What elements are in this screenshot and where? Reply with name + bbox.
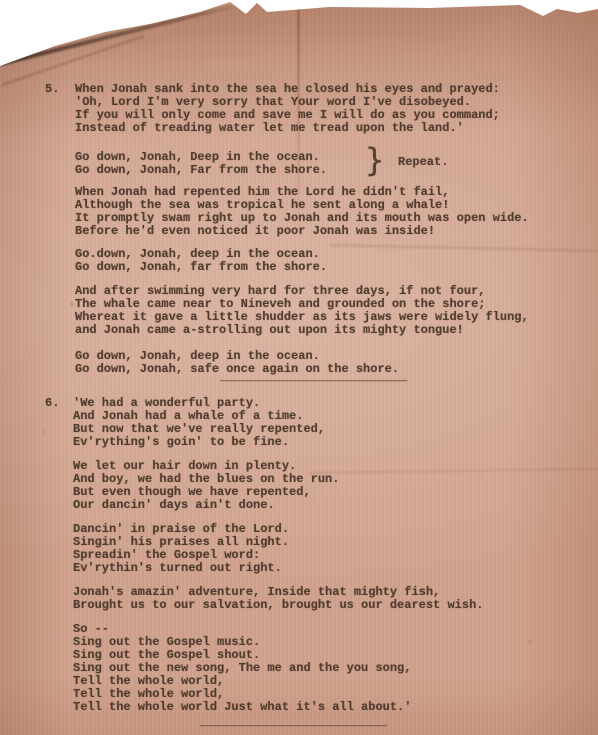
section-number: 5. xyxy=(45,83,59,96)
lyric-line: Our dancin' days ain't done. xyxy=(73,499,339,512)
stanza: And after swimming very hard for three d… xyxy=(75,285,529,337)
section-number: 6. xyxy=(45,397,59,410)
lyric-line: Ev'rythin's turned out right. xyxy=(73,562,289,575)
lyric-line: Before he'd even noticed it poor Jonah w… xyxy=(75,225,529,238)
stanza: When Jonah had repented him the Lord he … xyxy=(75,186,529,238)
stanza: Jonah's amazin' adventure, Inside that m… xyxy=(73,586,483,612)
repeat-label: Repeat. xyxy=(398,156,448,169)
stanza: We let our hair down in plenty.And boy, … xyxy=(73,460,339,512)
lyric-line: and Jonah came a-strolling out upon its … xyxy=(75,324,529,337)
stanza: 'We had a wonderful party.And Jonah had … xyxy=(73,397,325,449)
chorus: Go down, Jonah, Deep in the ocean.Go dow… xyxy=(75,151,327,177)
stanza: When Jonah sank into the sea he closed h… xyxy=(75,83,500,135)
section-divider: __________________________ xyxy=(220,371,407,384)
repeat-brace: } xyxy=(365,144,384,176)
paper: 5. When Jonah sank into the sea he close… xyxy=(0,0,598,735)
scan-background: 5. When Jonah sank into the sea he close… xyxy=(0,0,598,735)
chorus: Go.down, Jonah, deep in the ocean.Go dow… xyxy=(75,248,327,274)
lyric-line: Go down, Jonah, far from the shore. xyxy=(75,261,327,274)
stanza: So --Sing out the Gospel music.Sing out … xyxy=(73,623,411,714)
lyric-line: Go down, Jonah, Far from the shore. xyxy=(75,164,327,177)
lyric-line: Instead of treading water let me tread u… xyxy=(75,122,500,135)
lyric-line: Tell the whole world Just what it's all … xyxy=(73,701,411,714)
page-bottom-divider: __________________________ xyxy=(200,716,387,729)
lyric-line: Ev'rything's goin' to be fine. xyxy=(73,436,325,449)
stanza: Dancin' in praise of the Lord.Singin' hi… xyxy=(73,523,289,575)
lyric-line: Brought us to our salvation, brought us … xyxy=(73,599,483,612)
